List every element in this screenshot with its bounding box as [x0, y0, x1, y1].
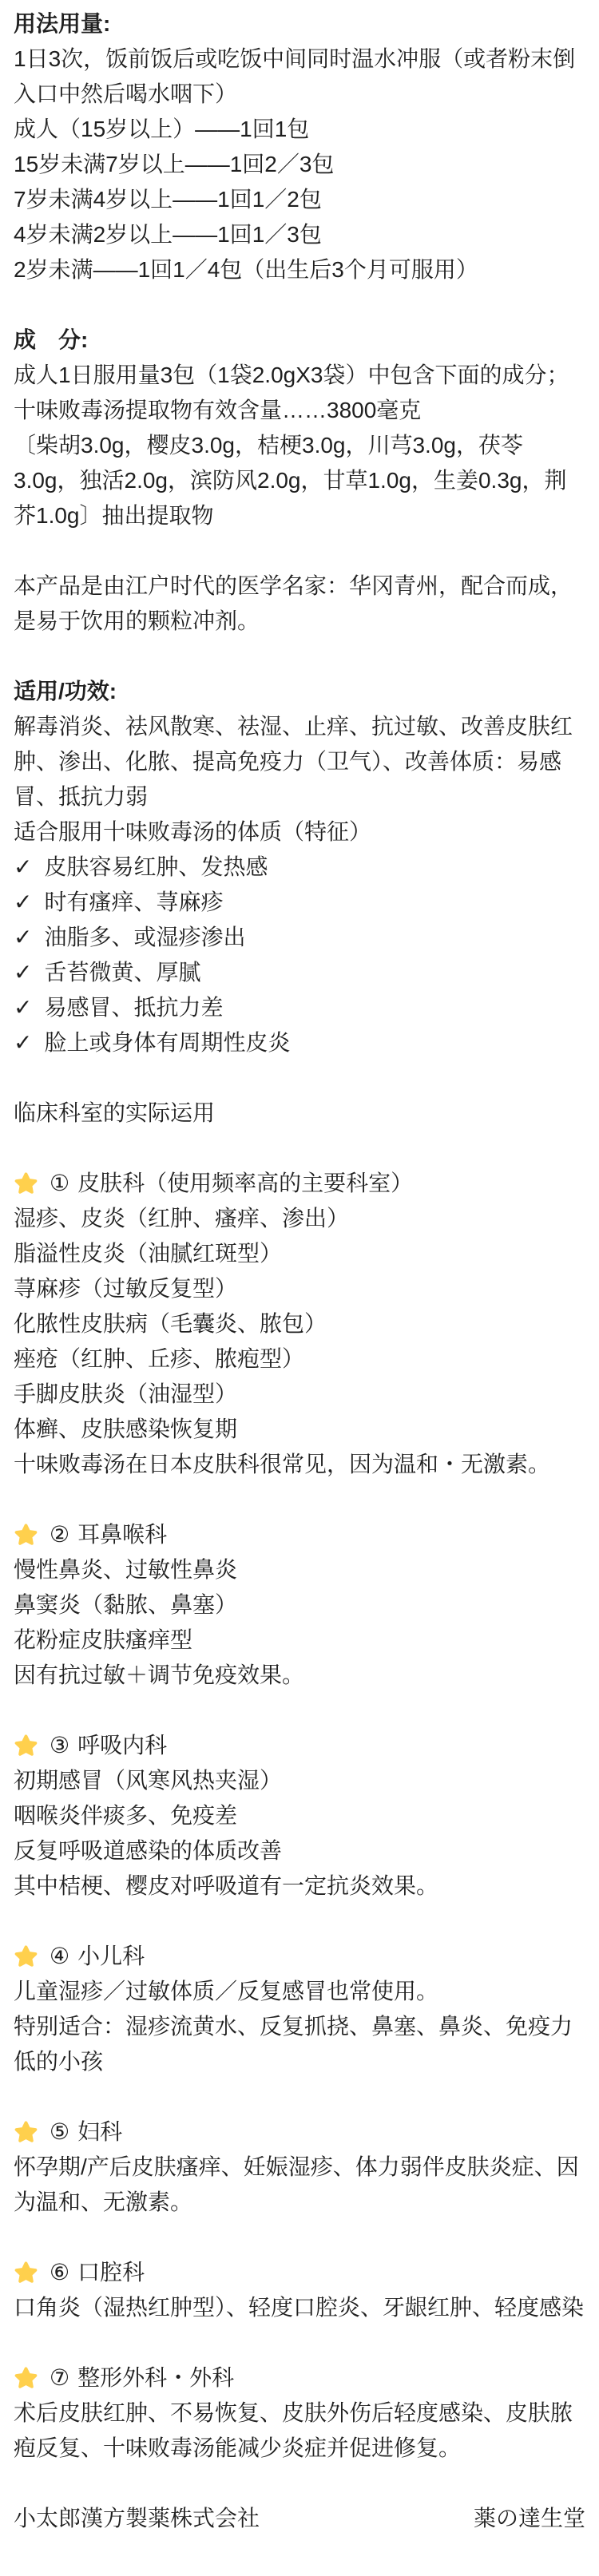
checklist-item: ✓舌苔微黄、厚腻: [14, 955, 585, 990]
checklist-item-label: 易感冒、抵抗力差: [44, 990, 223, 1025]
department-title: 整形外科・外科: [77, 2360, 234, 2396]
usage-line: 15岁未满7岁以上——1回2／3包: [14, 147, 585, 182]
department-line: 手脚皮肤炎（油湿型）: [14, 1377, 585, 1412]
department-number: ②: [50, 1517, 69, 1552]
product-description-document: 用法用量: 1日3次，饭前饭后或吃饭中间同时温水冲服（或者粉末倒入口中然后喝水咽…: [0, 0, 599, 2576]
department-line: 脂溢性皮炎（油腻红斑型）: [14, 1236, 585, 1271]
clinical-intro: 临床科室的实际运用: [14, 1096, 585, 1131]
department-title: 口腔科: [77, 2255, 145, 2290]
ingredients-line: 〔柴胡3.0g，樱皮3.0g，桔梗3.0g，川芎3.0g，茯苓3.0g，独活2.…: [14, 428, 585, 533]
indications-heading: 适用/功效:: [14, 674, 585, 709]
department-heading: ⑦整形外科・外科: [14, 2360, 585, 2396]
department-number: ⑤: [50, 2114, 69, 2150]
usage-line: 2岁未满——1回1／4包（出生后3个月可服用）: [14, 252, 585, 287]
department-line: 荨麻疹（过敏反复型）: [14, 1271, 585, 1306]
check-icon: ✓: [14, 1025, 32, 1060]
clinical-departments: ①皮肤科（使用频率高的主要科室）湿疹、皮炎（红肿、瘙痒、渗出）脂溢性皮炎（油腻红…: [14, 1166, 585, 2466]
department-line: 因有抗过敏＋调节免疫效果。: [14, 1658, 585, 1693]
department-section: ⑦整形外科・外科术后皮肤红肿、不易恢复、皮肤外伤后轻度感染、皮肤脓疱反复、十味败…: [14, 2360, 585, 2466]
department-line: 化脓性皮肤病（毛囊炎、脓包）: [14, 1306, 585, 1342]
department-number: ③: [50, 1728, 69, 1763]
checklist-item-label: 舌苔微黄、厚腻: [44, 955, 200, 990]
usage-heading: 用法用量:: [14, 6, 585, 42]
check-icon: ✓: [14, 990, 32, 1025]
usage-line: 4岁未满2岁以上——1回1／3包: [14, 217, 585, 252]
star-icon: [14, 2360, 39, 2396]
star-icon: [14, 2114, 39, 2150]
department-number: ①: [50, 1166, 69, 1201]
department-line: 十味败毒汤在日本皮肤科很常见，因为温和・无激素。: [14, 1447, 585, 1482]
checklist-item-label: 皮肤容易红肿、发热感: [44, 850, 268, 885]
star-icon: [14, 1517, 39, 1552]
star-icon: [14, 2255, 39, 2290]
section-indications: 适用/功效: 解毒消炎、祛风散寒、祛湿、止痒、抗过敏、改善皮肤红肿、渗出、化脓、…: [14, 674, 585, 1060]
department-line: 口角炎（湿热红肿型）、轻度口腔炎、牙龈红肿、轻度感染: [14, 2290, 585, 2325]
department-title: 呼吸内科: [77, 1728, 167, 1763]
checklist-item: ✓时有瘙痒、荨麻疹: [14, 885, 585, 920]
ingredients-line: 成人1日服用量3包（1袋2.0gX3袋）中包含下面的成分；: [14, 358, 585, 393]
star-icon: [14, 1728, 39, 1763]
department-section: ④小儿科儿童湿疹／过敏体质／反复感冒也常使用。特别适合：湿疹流黄水、反复抓挠、鼻…: [14, 1939, 585, 2079]
checklist-item-label: 脸上或身体有周期性皮炎: [44, 1025, 290, 1060]
department-title: 妇科: [77, 2114, 122, 2150]
department-line: 痤疮（红肿、丘疹、脓疱型）: [14, 1342, 585, 1377]
department-line: 咽喉炎伴痰多、免疫差: [14, 1798, 585, 1833]
department-heading: ③呼吸内科: [14, 1728, 585, 1763]
checklist-item: ✓脸上或身体有周期性皮炎: [14, 1025, 585, 1060]
checklist-item: ✓皮肤容易红肿、发热感: [14, 850, 585, 885]
department-line: 花粉症皮肤瘙痒型: [14, 1623, 585, 1658]
star-icon: [14, 1939, 39, 1974]
department-heading: ②耳鼻喉科: [14, 1517, 585, 1552]
star-icon: [14, 1166, 39, 1201]
section-about: 本产品是由江户时代的医学名家：华冈青州，配合而成，是易于饮用的颗粒冲剂。: [14, 569, 585, 639]
manufacturer-name: 小太郎漢方製薬株式会社: [14, 2501, 260, 2536]
department-heading: ④小儿科: [14, 1939, 585, 1974]
department-line: 儿童湿疹／过敏体质／反复感冒也常使用。: [14, 1974, 585, 2009]
seller-name: 薬の達生堂: [474, 2501, 585, 2536]
check-icon: ✓: [14, 920, 32, 955]
department-line: 其中桔梗、樱皮对呼吸道有一定抗炎效果。: [14, 1869, 585, 1904]
checklist-item-label: 油脂多、或湿疹渗出: [44, 920, 245, 955]
check-icon: ✓: [14, 850, 32, 885]
department-title: 小儿科: [77, 1939, 145, 1974]
indications-paragraphs: 解毒消炎、祛风散寒、祛湿、止痒、抗过敏、改善皮肤红肿、渗出、化脓、提高免疫力（卫…: [14, 709, 585, 850]
department-line: 鼻窦炎（黏脓、鼻塞）: [14, 1587, 585, 1623]
department-line: 特别适合：湿疹流黄水、反复抓挠、鼻塞、鼻炎、免疫力低的小孩: [14, 2009, 585, 2079]
department-line: 反复呼吸道感染的体质改善: [14, 1833, 585, 1869]
ingredients-lines: 成人1日服用量3包（1袋2.0gX3袋）中包含下面的成分；十味败毒汤提取物有效含…: [14, 358, 585, 533]
ingredients-line: 十味败毒汤提取物有效含量……3800毫克: [14, 393, 585, 428]
usage-line: 7岁未满4岁以上——1回1／2包: [14, 182, 585, 217]
department-section: ⑥口腔科口角炎（湿热红肿型）、轻度口腔炎、牙龈红肿、轻度感染: [14, 2255, 585, 2325]
department-section: ①皮肤科（使用频率高的主要科室）湿疹、皮炎（红肿、瘙痒、渗出）脂溢性皮炎（油腻红…: [14, 1166, 585, 1482]
indications-checklist: ✓皮肤容易红肿、发热感✓时有瘙痒、荨麻疹✓油脂多、或湿疹渗出✓舌苔微黄、厚腻✓易…: [14, 850, 585, 1060]
indications-paragraph: 适合服用十味败毒汤的体质（特征）: [14, 814, 585, 850]
department-section: ③呼吸内科初期感冒（风寒风热夹湿）咽喉炎伴痰多、免疫差反复呼吸道感染的体质改善其…: [14, 1728, 585, 1904]
usage-line: 1日3次，饭前饭后或吃饭中间同时温水冲服（或者粉末倒入口中然后喝水咽下）: [14, 42, 585, 112]
department-line: 怀孕期/产后皮肤瘙痒、妊娠湿疹、体力弱伴皮肤炎症、因为温和、无激素。: [14, 2150, 585, 2220]
section-ingredients: 成 分: 成人1日服用量3包（1袋2.0gX3袋）中包含下面的成分；十味败毒汤提…: [14, 323, 585, 533]
department-heading: ①皮肤科（使用频率高的主要科室）: [14, 1166, 585, 1201]
department-number: ⑦: [50, 2360, 69, 2396]
ingredients-heading: 成 分:: [14, 323, 585, 358]
department-section: ⑤妇科怀孕期/产后皮肤瘙痒、妊娠湿疹、体力弱伴皮肤炎症、因为温和、无激素。: [14, 2114, 585, 2220]
department-title: 耳鼻喉科: [77, 1517, 167, 1552]
about-text: 本产品是由江户时代的医学名家：华冈青州，配合而成，是易于饮用的颗粒冲剂。: [14, 569, 585, 639]
check-icon: ✓: [14, 885, 32, 920]
indications-paragraph: 解毒消炎、祛风散寒、祛湿、止痒、抗过敏、改善皮肤红肿、渗出、化脓、提高免疫力（卫…: [14, 709, 585, 814]
usage-line: 成人（15岁以上）——1回1包: [14, 112, 585, 147]
department-heading: ⑤妇科: [14, 2114, 585, 2150]
department-line: 初期感冒（风寒风热夹湿）: [14, 1763, 585, 1798]
department-line: 湿疹、皮炎（红肿、瘙痒、渗出）: [14, 1201, 585, 1236]
department-title: 皮肤科（使用频率高的主要科室）: [77, 1166, 413, 1201]
department-heading: ⑥口腔科: [14, 2255, 585, 2290]
department-number: ④: [50, 1939, 69, 1974]
check-icon: ✓: [14, 955, 32, 990]
department-line: 慢性鼻炎、过敏性鼻炎: [14, 1552, 585, 1587]
department-number: ⑥: [50, 2255, 69, 2290]
checklist-item: ✓易感冒、抵抗力差: [14, 990, 585, 1025]
department-line: 体癣、皮肤感染恢复期: [14, 1412, 585, 1447]
footer: 小太郎漢方製薬株式会社 薬の達生堂: [14, 2501, 585, 2536]
usage-lines: 1日3次，饭前饭后或吃饭中间同时温水冲服（或者粉末倒入口中然后喝水咽下）成人（1…: [14, 42, 585, 287]
checklist-item: ✓油脂多、或湿疹渗出: [14, 920, 585, 955]
section-clinical-intro: 临床科室的实际运用: [14, 1096, 585, 1131]
checklist-item-label: 时有瘙痒、荨麻疹: [44, 885, 223, 920]
section-usage: 用法用量: 1日3次，饭前饭后或吃饭中间同时温水冲服（或者粉末倒入口中然后喝水咽…: [14, 6, 585, 287]
department-section: ②耳鼻喉科慢性鼻炎、过敏性鼻炎鼻窦炎（黏脓、鼻塞）花粉症皮肤瘙痒型因有抗过敏＋调…: [14, 1517, 585, 1693]
department-line: 术后皮肤红肿、不易恢复、皮肤外伤后轻度感染、皮肤脓疱反复、十味败毒汤能减少炎症并…: [14, 2396, 585, 2466]
